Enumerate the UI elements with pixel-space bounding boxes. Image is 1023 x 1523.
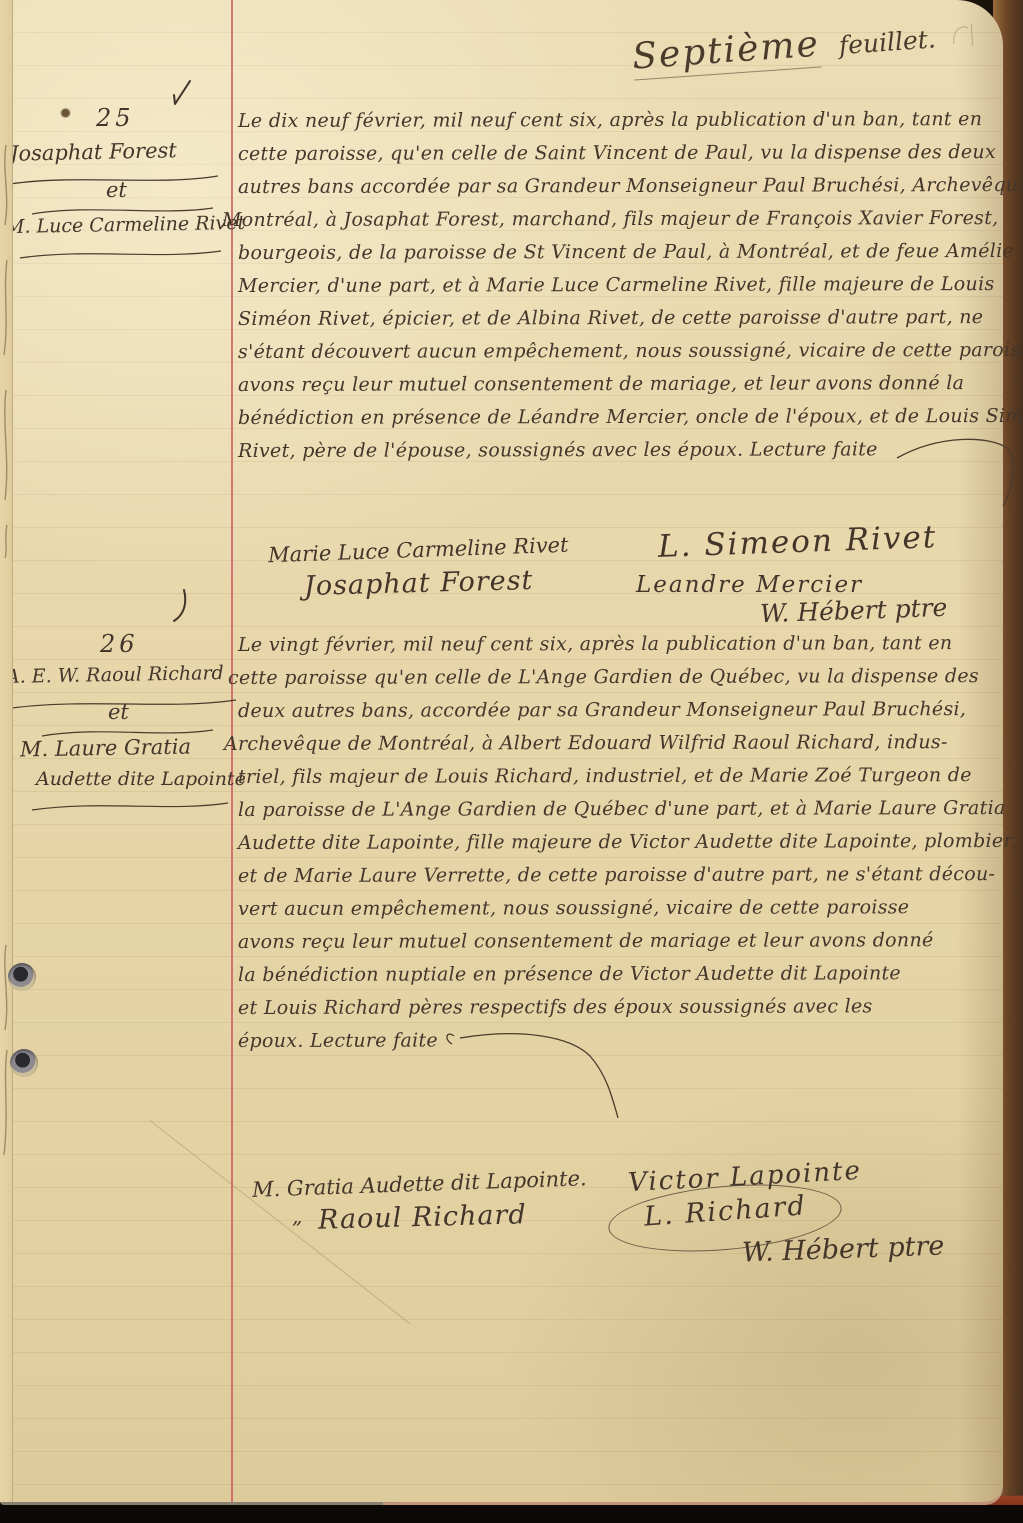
page-bottom-shadow <box>0 1505 1023 1523</box>
ghost-writing-mark <box>0 140 12 560</box>
pencil-mark <box>948 20 984 50</box>
act-line: vert aucun empêchement, nous soussigné, … <box>238 891 1013 926</box>
act-line: bourgeois, de la paroisse de St Vincent … <box>238 235 1013 270</box>
act-line: deux autres bans, accordée par sa Grande… <box>238 693 1013 728</box>
signature-priest: W. Hébert ptre <box>760 593 948 629</box>
act-line: la paroisse de L'Ange Gardien de Québec … <box>238 792 1013 827</box>
entry26-margin-bride-line2: Audette dite Lapointe <box>36 768 246 790</box>
act-line: et Louis Richard pères respectifs des ép… <box>238 990 1013 1025</box>
entry25-margin-bride: M. Luce Carmeline Rivet <box>5 212 246 238</box>
act-line: Siméon Rivet, épicier, et de Albina Rive… <box>238 301 1013 336</box>
signature-groom: Raoul Richard <box>318 1199 527 1235</box>
act-line: avons reçu leur mutuel consentement de m… <box>238 367 1013 402</box>
signature-uncle: Leandre Mercier <box>636 572 863 598</box>
entry25-margin-et: et <box>106 178 127 202</box>
entry25-act-text: Le dix neuf février, mil neuf cent six, … <box>238 104 1013 467</box>
act-line: avons reçu leur mutuel consentement de m… <box>238 924 1013 959</box>
binder-hole <box>10 1049 38 1077</box>
signature-groom: Josaphat Forest <box>304 565 534 602</box>
underline-flourish <box>18 246 223 262</box>
act-line: et de Marie Laure Verrette, de cette par… <box>238 858 1013 893</box>
act-line: Le vingt février, mil neuf cent six, apr… <box>238 627 1013 662</box>
underline-flourish <box>30 798 230 814</box>
act-line: triel, fils majeur de Louis Richard, ind… <box>238 759 1013 794</box>
entry26-act-text: Le vingt février, mil neuf cent six, apr… <box>238 628 1013 1057</box>
act-line: Archevêque de Montréal, à Albert Edouard… <box>224 726 1013 761</box>
entry26-margin-et: et <box>108 700 129 724</box>
act-line: Le dix neuf février, mil neuf cent six, … <box>238 103 1013 138</box>
entry25-number: 25 <box>96 104 135 132</box>
folio-word: feuillet. <box>838 24 937 60</box>
binder-hole <box>8 963 36 991</box>
entry26-margin-groom: A. E. W. Raoul Richard <box>6 662 224 688</box>
act-line: la bénédiction nuptiale en présence de V… <box>238 957 1013 992</box>
folio-header: Septième feuillet. <box>631 15 937 77</box>
check-mark-icon <box>168 78 194 110</box>
closing-flourish <box>895 430 1020 510</box>
signature-bride: Marie Luce Carmeline Rivet <box>268 533 569 567</box>
closing-flourish <box>440 1022 640 1122</box>
manuscript-page: Septième feuillet. 25 Josaphat Forest et… <box>0 0 1003 1502</box>
act-line: s'étant découvert aucun empêchement, nou… <box>238 334 1013 369</box>
entry25-margin-groom: Josaphat Forest <box>10 138 177 165</box>
folio-number-word: Septième <box>631 24 821 81</box>
signature-bride: M. Gratia Audette dit Lapointe. <box>252 1166 587 1202</box>
act-line: cette paroisse, qu'en celle de Saint Vin… <box>238 136 1013 171</box>
act-line: cette paroisse qu'en celle de L'Ange Gar… <box>228 660 1013 695</box>
signature-witness: Victor Lapointe <box>627 1156 862 1198</box>
ink-stain <box>60 108 71 118</box>
register-page-photo: Septième feuillet. 25 Josaphat Forest et… <box>0 0 1023 1523</box>
ditto-mark: „ <box>292 1204 302 1228</box>
act-line: Audette dite Lapointe, fille majeure de … <box>238 825 1013 860</box>
underlying-page-edge <box>0 0 13 1502</box>
act-line: autres bans accordée par sa Grandeur Mon… <box>238 169 1013 204</box>
act-line: Montréal, à Josaphat Forest, marchand, f… <box>222 202 1013 237</box>
check-mark-icon <box>170 588 190 624</box>
act-line: Mercier, d'une part, et à Marie Luce Car… <box>238 268 1013 303</box>
signature-priest: W. Hébert ptre <box>742 1230 945 1268</box>
signature-father-of-bride: L. Simeon Rivet <box>657 519 937 565</box>
entry26-number: 26 <box>100 630 139 658</box>
entry26-margin-bride-line1: M. Laure Gratia <box>20 735 191 762</box>
